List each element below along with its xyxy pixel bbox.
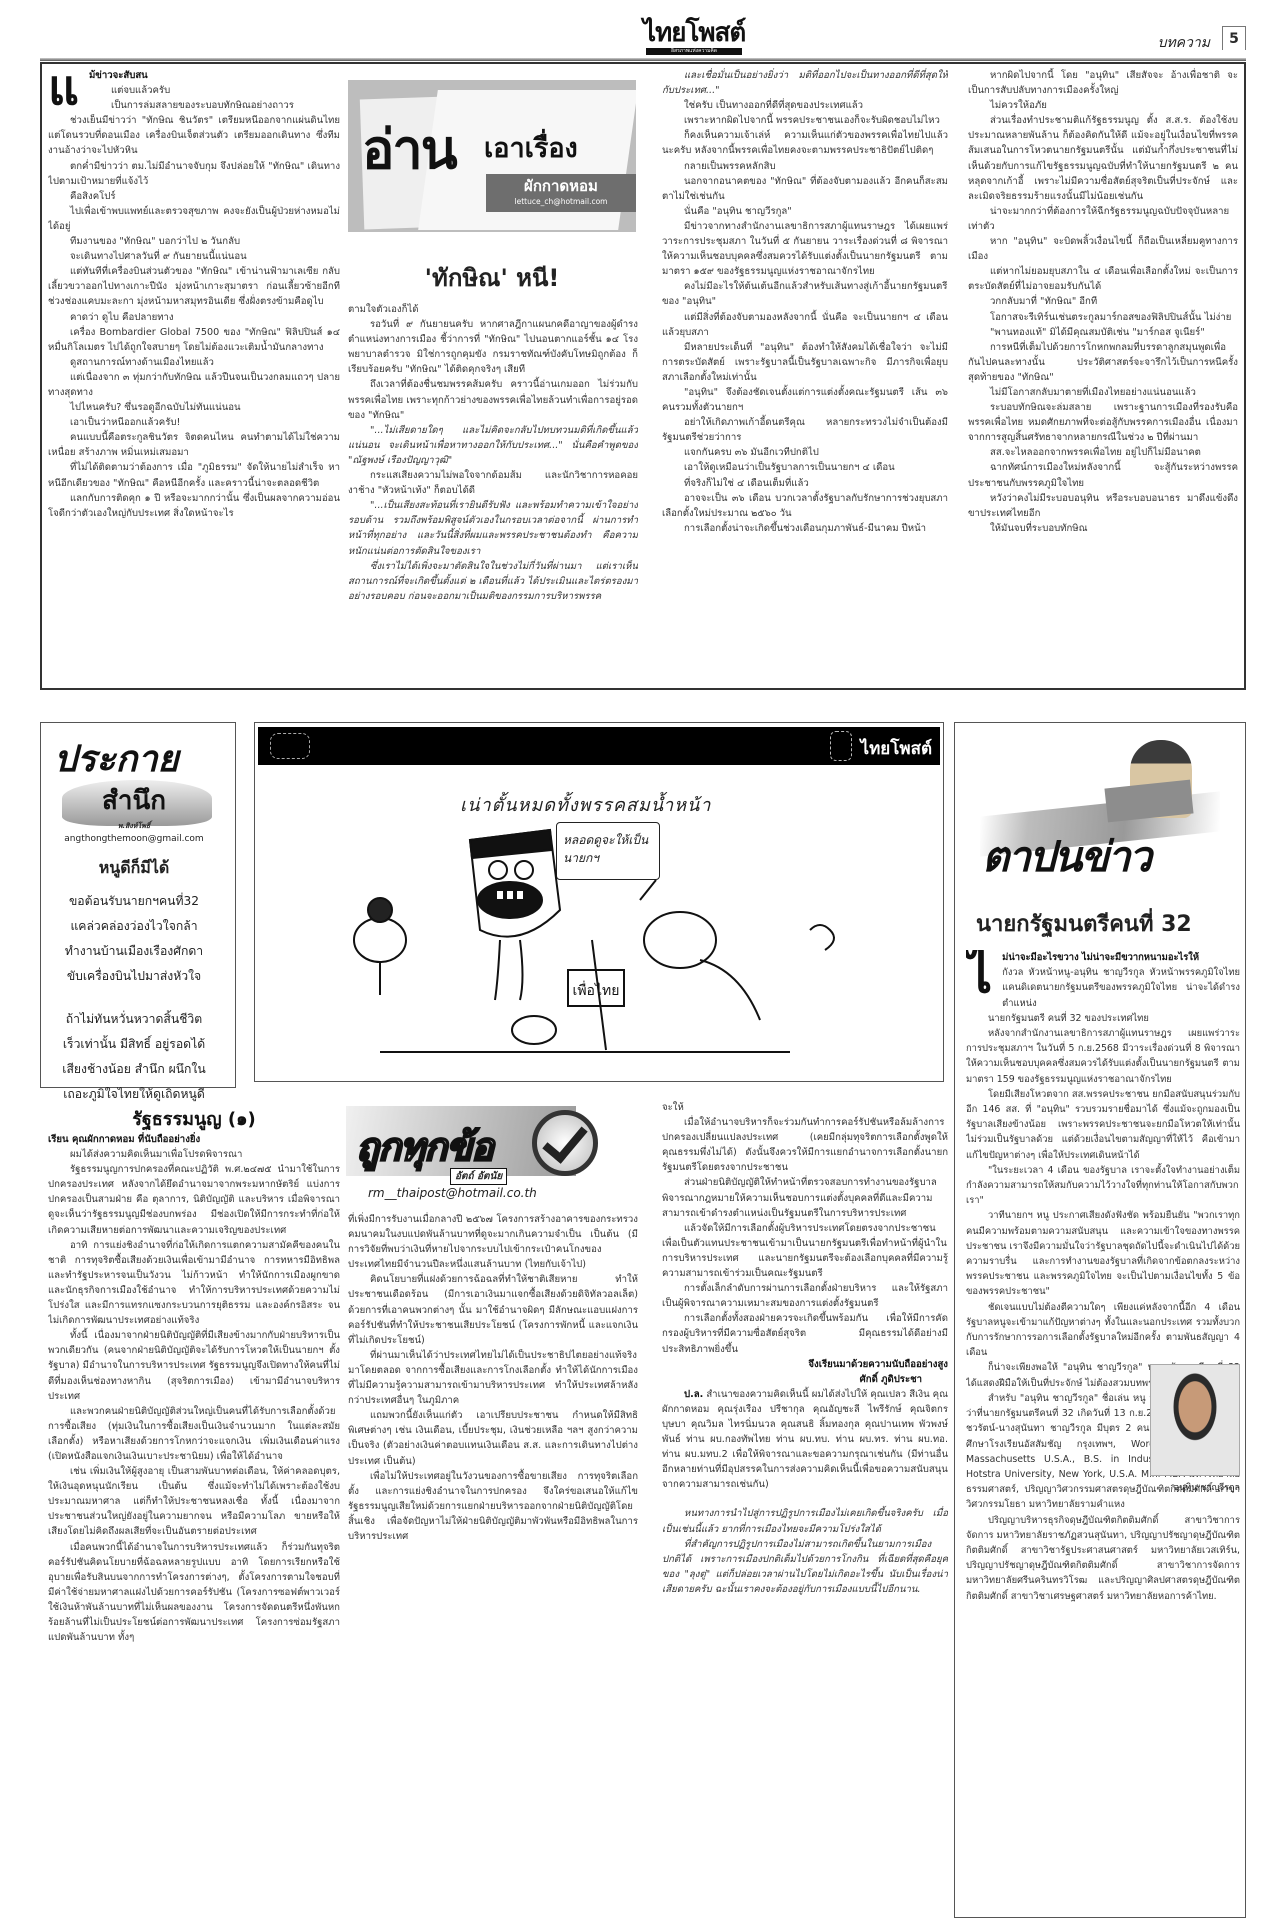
poem-email: angthongthemoon@gmail.com <box>44 834 224 844</box>
author-tag: ผักกาดหอม lettuce_ch@hotmail.com <box>486 174 636 212</box>
paragraph: เอาเป็นว่าหนีออกแล้วครับ! <box>48 415 340 430</box>
poem-heading: หนูดีก็มีได้ <box>44 856 224 881</box>
paragraph: แลกกับการติดคุก ๑ ปี หรือจะมากกว่านั้น ซ… <box>48 491 340 521</box>
paragraph: แต่มีสิ่งที่ต้องจับตามองหลังจากนี้ นั่นค… <box>662 310 948 340</box>
letter-signature: ศักดิ์ ภูดิประชา <box>860 1374 922 1385</box>
paragraph: การเลือกตั้งทั้งสองฝ่ายควรจะเกิดขึ้นพร้อ… <box>662 1311 948 1356</box>
paragraph: "พานทองแท้" มิได้มีคุณสมบัติเช่น "มาร์กอ… <box>968 325 1238 340</box>
poem-line: แคล่วคล่องว่องไวใจกล้า <box>44 914 224 939</box>
header-rule <box>40 58 1246 61</box>
paragraph: ทีมงานของ "ทักษิณ" บอกว่าไป ๒ วันกลับ <box>48 234 340 249</box>
author-name: ผักกาดหอม <box>486 174 636 196</box>
editorial-column-3: และเชื่อมั่นเป็นอย่างยิ่งว่า มติที่ออกไป… <box>662 68 948 686</box>
paragraph: ที่เพิ่งมีการรับงานเมื่อกลางปี ๒๕๖๗ โครง… <box>348 1212 638 1272</box>
letter-salutation: เรียน คุณผักกาดหอม ที่นับถืออย่างยิ่ง <box>48 1134 200 1145</box>
page-number: 5 <box>1222 26 1246 50</box>
letter-paragraphs: ผมได้ส่งความคิดเห็นมาเพื่อโปรดพิจารณารัฐ… <box>48 1147 340 1645</box>
poem-line: เสียงช้างน้อย สำนึก ผนึกใน <box>44 1057 224 1082</box>
paragraph: น่าจะมากกว่าที่ต้องการให้ฉีกรัฐธรรมนูญฉบ… <box>968 204 1238 234</box>
column-header-correct: ถูกทุกข้อ อัตถ์ อัตนัย rm__thaipost@hotm… <box>346 1092 636 1196</box>
editorial-column-4: หากผิดไปจากนี้ โดย "อนุทิน" เสียสัจจะ อ้… <box>968 68 1238 686</box>
paragraph: นายกรัฐมนตรี คนที่ 32 ของประเทศไทย <box>966 1011 1240 1026</box>
paragraph: คิดนโยบายที่แฝงด้วยการฉ้อฉลที่ทำให้ชาติเ… <box>348 1272 638 1347</box>
paragraph: ให้มันจบที่ระบอบทักษิณ <box>968 521 1238 536</box>
poem-column-title: สำนึก <box>44 780 224 821</box>
column-author: อัตถ์ อัตนัย <box>450 1168 507 1185</box>
paragraph: วกกลับมาที่ "ทักษิณ" อีกที <box>968 294 1238 309</box>
paragraph: อาทิ การแย่งชิงอำนาจที่ก่อให้เกิดการแตกค… <box>48 1238 340 1329</box>
paragraph: "อนุทิน" จึงต้องชัดเจนตั้งแต่การแต่งตั้ง… <box>662 385 948 415</box>
paragraph: นั่นคือ "อนุทิน ชาญวีรกูล" <box>662 204 948 219</box>
paragraph: ตามใจตัวเองก็ได้ <box>348 302 638 317</box>
paragraph: และเชื่อมั่นเป็นอย่างยิ่งว่า มติที่ออกไป… <box>662 68 948 98</box>
paragraph: ไม่มีโอกาสกลับมาตายที่เมืองไทยอย่างแน่นอ… <box>968 385 1238 400</box>
paragraph: นอกจากอนาคตของ "ทักษิณ" ที่ต้องจับตามองแ… <box>662 174 948 204</box>
paragraph: การหนีที่เต็มไปด้วยการโกหกพกลมที่บรรดาลู… <box>968 340 1238 385</box>
paragraph: ที่ผ่านมาเห็นได้ว่าประเทศไทยไม่ได้เป็นปร… <box>348 1348 638 1408</box>
paragraph: แต่เนื่องจาก ๓ ทุ่มกว่ากับทักษิณ แล้วปืน… <box>48 370 340 400</box>
paragraph: เพื่อไม่ให้ประเทศอยู่ในวังวนของการซื้อขา… <box>348 1469 638 1544</box>
letter-column-2: ที่เพิ่งมีการรับงานเมื่อกลางปี ๒๕๖๗ โครง… <box>348 1212 638 1918</box>
paragraph: มีข่าวจากทางสำนักงานเลขาธิการสภาผู้แทนรา… <box>662 219 948 279</box>
author-email: lettuce_ch@hotmail.com <box>486 196 636 207</box>
paragraph: เป็นการล่มสลายของระบอบทักษิณอย่างถาวร <box>48 98 340 113</box>
newspaper-logo: ไทยโพสต์ <box>643 20 745 46</box>
paragraph: ไม่ควรให้อภัย <box>968 98 1238 113</box>
section-label: บทความ <box>1158 32 1210 54</box>
column-banner: อ่าน เอาเรื่อง ผักกาดหอม lettuce_ch@hotm… <box>348 80 636 232</box>
letter-column-3-paragraphs: จะให้เมื่อให้อำนาจบริหารก็จะร่วมกันทำการ… <box>662 1100 948 1357</box>
paragraph: หลังจากสำนักงานเลขาธิการสภาผู้แทนราษฎร เ… <box>966 1026 1240 1087</box>
paragraph: สส.จะไหลออกจากพรรคเพื่อไทย อยู่ไปก็ไม่มี… <box>968 445 1238 460</box>
paragraph: ตกค่ำมีข่าวว่า ตม.ไม่มีอำนาจจับกุม จึงปล… <box>48 159 340 189</box>
banner-mid-word: เอาเรื่อง <box>484 126 578 169</box>
paragraph: "...ไม่เสียดายใดๆ และไม่คิดจะกลับไปทบทวน… <box>348 423 638 468</box>
paragraph: ก็คงเห็นความเจ้าเล่ห์ ความเห็นแก่ตัวของพ… <box>662 128 948 158</box>
paragraph: ฉากทัศน์การเมืองใหม่หลังจากนี้ จะสู้กันร… <box>968 460 1238 490</box>
paragraph: ไปไหนครับ? ซึ่นรอดูอีกฉบับไม่ทันแน่นอน <box>48 400 340 415</box>
poem-script-title: ประกาย <box>54 730 179 787</box>
dropcap: ไ <box>966 950 992 1000</box>
cartoon-brand: ไทยโพสต์ <box>861 735 932 762</box>
paragraph: ส่วนฝ่ายนิติบัญญัติให้ทำหน้าที่ตรวจสอบกา… <box>662 1175 948 1220</box>
closing-note: ที่สำคัญการปฏิรูปการเมืองไม่สามารถเกิดขึ… <box>662 1537 948 1597</box>
paragraph: "ในระยะเวลา 4 เดือน ของรัฐบาล เราจะตั้งใ… <box>966 1163 1240 1209</box>
paragraph: จะเดินทางไปศาลวันที่ ๙ กันยายนนี้แน่นอน <box>48 249 340 264</box>
paragraph: การตั้งเล็กลำดับการผ่านการเลือกตั้งฝ่ายบ… <box>662 1281 948 1311</box>
paragraph: การเลือกตั้งน่าจะเกิดขึ้นช่วงเดือนกุมภาพ… <box>662 521 948 536</box>
news-column-header: ตาปนข่าว <box>958 730 1240 890</box>
paragraph: เอาให้ดูเหมือนว่าเป็นรัฐบาลการเป็นนายกฯ … <box>662 460 948 475</box>
cartoonist-logo-icon <box>830 731 852 761</box>
paragraph: ระบอบทักษิณจะล่มสลาย เพราะฐานการเมืองที่… <box>968 400 1238 445</box>
cartoon-illustration: เพื่อไทย <box>320 820 880 1070</box>
party-sign: เพื่อไทย <box>573 981 620 999</box>
logo-tagline: อิสรภาพแห่งความคิด <box>646 48 742 55</box>
paragraph: แล้วจัดให้มีการเลือกตั้งผู้บริหารประเทศโ… <box>662 1221 948 1281</box>
paragraph: รัฐธรรมนูญการปกครองที่คณะปฏิวัติ พ.ศ.๒๔๗… <box>48 1162 340 1237</box>
paragraph: ผมได้ส่งความคิดเห็นมาเพื่อโปรดพิจารณา <box>48 1147 340 1162</box>
news-lead-bold: ม่น่าจะมีอะไรขวาง ไม่น่าจะมีขวากหนามอะไร… <box>1002 952 1199 963</box>
ps-label: ป.ล. <box>684 1389 703 1400</box>
checkmark-icon <box>532 1110 598 1176</box>
paragraph: เพราะหากผิดไปจากนี้ พรรคประชาชนเองก็จะรั… <box>662 113 948 128</box>
paragraph: มีหลายประเด็นที่ "อนุทิน" ต้องทำให้สังคม… <box>662 340 948 385</box>
paragraph: คาดว่า ดูไบ คือปลายทาง <box>48 310 340 325</box>
paragraph: ส่วนเรื่องทำประชามติแก้รัฐธรรมนูญ ตั้ง ส… <box>968 113 1238 204</box>
paragraph: หวังว่าคงไม่มีระบอบอนุทิน หรือระบอบอนาธร… <box>968 491 1238 521</box>
poem-line: ทำงานบ้านเมืองเรืองศักดา <box>44 939 224 964</box>
paragraph: ถึงเวลาที่ต้องชื่นชมพรรคส้มครับ คราวนี้อ… <box>348 377 638 422</box>
paragraph: ชัดเจนแบบไม่ต้องตีความใดๆ เพียงแค่หลังจา… <box>966 1300 1240 1361</box>
anutin-photo <box>1150 1364 1240 1476</box>
paragraph: จะให้ <box>662 1100 948 1115</box>
poem-line: เร็วเท่านั้น มีสิทธิ์ อยู่รอดได้ <box>44 1032 224 1057</box>
paragraph: ช่วงเย็นมีข่าวว่า "ทักษิณ ชินวัตร" เตรีย… <box>48 113 340 158</box>
paragraph: หาก "อนุทิน" จะบิดพลิ้วเงื่อนไขนี้ ก็ถือ… <box>968 234 1238 264</box>
poem-byline: พ.สิงห์โพธิ์ <box>44 821 224 832</box>
paragraph: ที่ไม่ได้ติดตามว่าต้องการ เมื่อ "ภูมิธรร… <box>48 460 340 490</box>
letter-column: รัฐธรรมนูญ (๑) เรียน คุณผักกาดหอม ที่นับ… <box>48 1108 340 1918</box>
paragraph: แต่จบแล้วครับ <box>48 83 340 98</box>
paragraph: ทั้งนี้ เนื่องมาจากฝ่ายนิติบัญญัติที่มีเ… <box>48 1328 340 1403</box>
paragraph: ที่จริงก็ไม่ใช่ ๔ เดือนเต็มที่แล้ว <box>662 476 948 491</box>
paragraph: กลายเป็นพรรคหลักสิบ <box>662 159 948 174</box>
paragraph: ดูสถานการณ์ทางด้านเมืองไทยแล้ว <box>48 355 340 370</box>
banner-big-word: อ่าน <box>362 106 456 192</box>
paragraph: แต่หากไม่ยอมยุบสภาใน ๔ เดือนเพื่อเลือกตั… <box>968 264 1238 294</box>
paragraph: คือสิงคโปร์ <box>48 189 340 204</box>
poem-line: ขับเครื่องบินไปมาส่งหัวใจ <box>44 964 224 989</box>
paragraph: "...เป็นเสียงสะท้อนที่เรายินดีรับฟัง และ… <box>348 498 638 558</box>
article-title: 'ทักษิณ' หนี! <box>348 258 636 297</box>
paragraph: กังวล หัวหน้าหนู-อนุทิน ชาญวีรกูล หัวหน้… <box>966 965 1240 1011</box>
lead-bold: ม้ข่าวจะสับสน <box>89 70 148 81</box>
paragraph: อาจจะเป็น ๓๖ เดือน บวกเวลาตั้งรัฐบาลกับร… <box>662 491 948 521</box>
paragraph: โอกาสจะรีเทิร์นเช่นตระกูลมาร์กอสของฟิลิป… <box>968 310 1238 325</box>
paragraph: แต่ทันทีที่เครื่องบินส่วนตัวของ "ทักษิณ"… <box>48 264 340 309</box>
paragraph: อย่าให้เกิดภาพเก้าอี้ดนตรีคุณ หลายกระทรว… <box>662 415 948 445</box>
cartoon-header-bar: ไทยโพสต์ <box>258 727 940 765</box>
paragraph: เมื่อให้อำนาจบริหารก็จะร่วมกันทำการคอร์ร… <box>662 1115 948 1175</box>
news-paragraphs: กังวล หัวหน้าหนู-อนุทิน ชาญวีรกูล หัวหน้… <box>966 965 1240 1604</box>
paragraph: คงไม่มีอะไรให้ต้นเต้นอีกแล้วสำหรับเส้นทา… <box>662 279 948 309</box>
editorial-column-1: แ ม้ข่าวจะสับสน แต่จบแล้วครับเป็นการล่มส… <box>48 68 340 686</box>
paragraph: ปริญญาบริหารธุรกิจดุษฎีบัณฑิตกิตติมศักดิ… <box>966 1513 1240 1604</box>
poem-line: ถ้าไม่ทันหวั่นหวาดสิ้นชีวิต <box>44 1007 224 1032</box>
column1-body: แต่จบแล้วครับเป็นการล่มสลายของระบอบทักษิ… <box>48 83 340 521</box>
poem: หนูดีก็มีได้ ขอต้อนรับนายกฯคนที่32 แคล่ว… <box>44 856 224 1107</box>
paragraph: เช่น เพิ่มเงินให้ผู้สูงอายุ เป็นสามพันบา… <box>48 1464 340 1539</box>
ps-text: สำเนาของความคิดเห็นนี้ ผมได้ส่งไปให้ คุณ… <box>662 1389 948 1491</box>
paragraph: เครื่อง Bombardier Global 7500 ของ "ทักษ… <box>48 325 340 355</box>
news-title: นายกรัฐมนตรีคนที่ 32 <box>976 906 1240 941</box>
paragraph: คนแบบนี้คือตระกูลชินวัตร จิตดคนไหน คนทำต… <box>48 430 340 460</box>
paragraph: ไปเพื่อเข้าพบแพทย์และตรวจสุขภาพ คงจะยังเ… <box>48 204 340 234</box>
paragraph: แถมพวกนี้ยังเห็นแก่ตัว เอาเปรียบประชาชน … <box>348 1408 638 1468</box>
poem-header: ประกาย สำนึก พ.สิงห์โพธิ์ angthongthemoo… <box>44 730 224 850</box>
paragraph: ซึ่งเราไม่ได้เพิ่งจะมาตัดสินใจในช่วงไม่ก… <box>348 559 638 604</box>
paragraph: รอวันที่ ๙ กันยายนครับ หากศาลฎีกาแผนกคดี… <box>348 317 638 377</box>
paragraph: โดยมีเสียงโหวตจาก สส.พรรคประชาชน ยกมือสน… <box>966 1087 1240 1163</box>
cartoon-caption: เน่าตั้นหมดทั้งพรรคสมน้ำหน้า <box>460 790 711 819</box>
editorial-column-2: ตามใจตัวเองก็ได้รอวันที่ ๙ กันยายนครับ ห… <box>348 302 638 688</box>
mascot-icon <box>270 733 310 759</box>
paragraph: กระแสเสียงความไม่พอใจจากด้อมส้ม และนักวิ… <box>348 468 638 498</box>
letter-closing: จึงเรียนมาด้วยความนับถืออย่างสูง <box>808 1359 948 1370</box>
photo-caption: อนุทิน ชาญวีรกูล <box>1150 1480 1240 1494</box>
letter-column-3: จะให้เมื่อให้อำนาจบริหารก็จะร่วมกันทำการ… <box>662 1100 948 1918</box>
paragraph: วาทีนายกฯ หนู ประกาศเสียงดังฟังชัด พร้อม… <box>966 1208 1240 1299</box>
masthead: ไทยโพสต์ อิสรภาพแห่งความคิด บทความ 5 <box>40 14 1246 54</box>
paragraph: ใช่ครับ เป็นทางออกที่ดีที่สุดของประเทศแล… <box>662 98 948 113</box>
poem-line: เถอะภูมิใจไทยให้ดูเถิดหนูดี <box>44 1082 224 1107</box>
paragraph: เมื่อคนพวกนี้ได้อำนาจในการบริหารประเทศแล… <box>48 1540 340 1646</box>
dropcap: แ <box>48 68 79 108</box>
paragraph: และพวกคนฝ่ายนิติบัญญัติส่วนใหญ่เป็นคนที่… <box>48 1404 340 1464</box>
letter-title: รัฐธรรมนูญ (๑) <box>48 1108 340 1132</box>
news-header-word: ตาปนข่าว <box>982 824 1150 890</box>
poem-line: ขอต้อนรับนายกฯคนที่32 <box>44 889 224 914</box>
closing-note: หนทางการนำไปสู่การปฏิรูปการเมืองไม่เคยเก… <box>662 1506 948 1536</box>
paragraph: หากผิดไปจากนี้ โดย "อนุทิน" เสียสัจจะ อ้… <box>968 68 1238 98</box>
paragraph: แจกกันครบ ๓๖ มันอีกเวทีปกติไป <box>662 445 948 460</box>
column-email: rm__thaipost@hotmail.co.th <box>368 1186 537 1200</box>
